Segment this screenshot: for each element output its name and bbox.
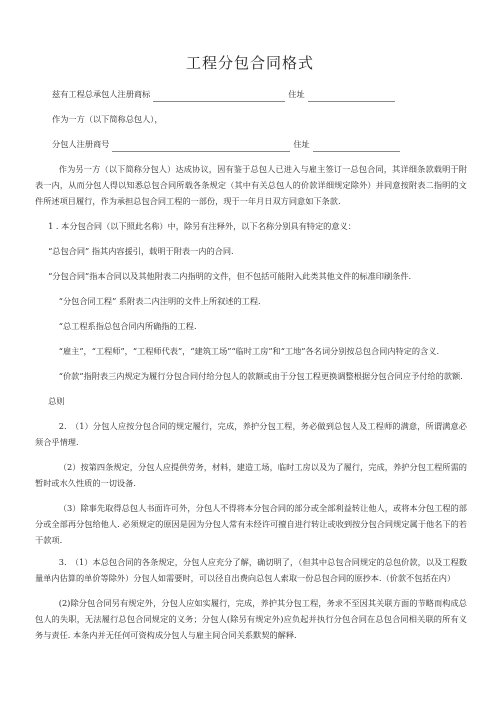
clause-3-2: (2)除分包合同另有规定外，分包人应如实履行，完成，养护其分包工程，务求不至因其…: [35, 595, 467, 643]
preamble-paragraph: 作为另一方（以下简称分包人）达成协议，因有鉴于总包人已进入与雇主签订一总包合同，…: [35, 161, 467, 209]
section-heading-general: 总则: [35, 393, 467, 409]
contractor-role-text: 作为一方（以下简称总包人），: [52, 111, 163, 127]
clause-1-definitions-intro: 1 . 本分包合同（以下照此名称）中，除另有注释外，以下名称分别具有特定的意义：: [35, 218, 467, 234]
definition-subcontract: “分包合同”指本合同以及其他附表二内指明的文件，但不包括可能附入此类其他文件的标…: [35, 268, 467, 284]
contractor-address-label: 住址: [288, 86, 304, 102]
subcontractor-name-row: 分包人注册商号 住址: [35, 136, 467, 152]
clause-2-1: 2. （1）分包人应按分包合同的规定履行，完成，养护分包工程，务必做到总包人及工…: [35, 418, 467, 450]
subcontractor-name-label: 分包人注册商号: [52, 136, 109, 152]
definition-main-contract: “总包合同” 指其内容援引，载明于附表一内的合同.: [35, 243, 467, 259]
document-title: 工程分包合同格式: [0, 52, 500, 73]
clause-2-3: （3）除事先取得总包人书面许可外，分包人不得将本分包合同的部分或全部利益转让他人…: [35, 500, 467, 548]
subcontractor-address-blank[interactable]: [313, 140, 400, 152]
document-page: 工程分包合同格式 兹有工程总承包人注册商标 住址 作为一方（以下简称总包人）， …: [0, 0, 500, 707]
definition-subcontract-works: “分包合同工程” 系附表二内注明的文件上所叙述的工程.: [35, 293, 467, 309]
document-body: 兹有工程总承包人注册商标 住址 作为一方（以下简称总包人）， 分包人注册商号 住…: [35, 86, 467, 652]
contractor-role-row: 作为一方（以下简称总包人），: [35, 111, 467, 127]
definition-main-works: “总工程系指总包合同内所确指的工程.: [35, 318, 467, 334]
contractor-address-blank[interactable]: [308, 90, 395, 102]
contractor-trademark-blank[interactable]: [153, 90, 285, 102]
clause-3-1: 3. （1）本总包合同的各条规定，分包人应充分了解，确切明了，（但其中总包合同规…: [35, 554, 467, 586]
contractor-trademark-label: 兹有工程总承包人注册商标: [52, 86, 150, 102]
definition-price: “价款”指附表三内规定为履行分包合同付给分包人的款额或由于分包工程更换调整根据分…: [35, 368, 467, 384]
subcontractor-address-label: 住址: [293, 136, 309, 152]
clause-2-2: （2）按第四条规定，分包人应提供劳务，材料，建造工场，临时工房以及为了履行，完成…: [35, 459, 467, 491]
subcontractor-name-blank[interactable]: [112, 140, 290, 152]
contractor-trademark-row: 兹有工程总承包人注册商标 住址: [35, 86, 467, 102]
definition-parties-terms: “雇主”，“工程师”，“工程师代表”，“建筑工场”“临时工房”和“工地”各名词分…: [35, 343, 467, 359]
